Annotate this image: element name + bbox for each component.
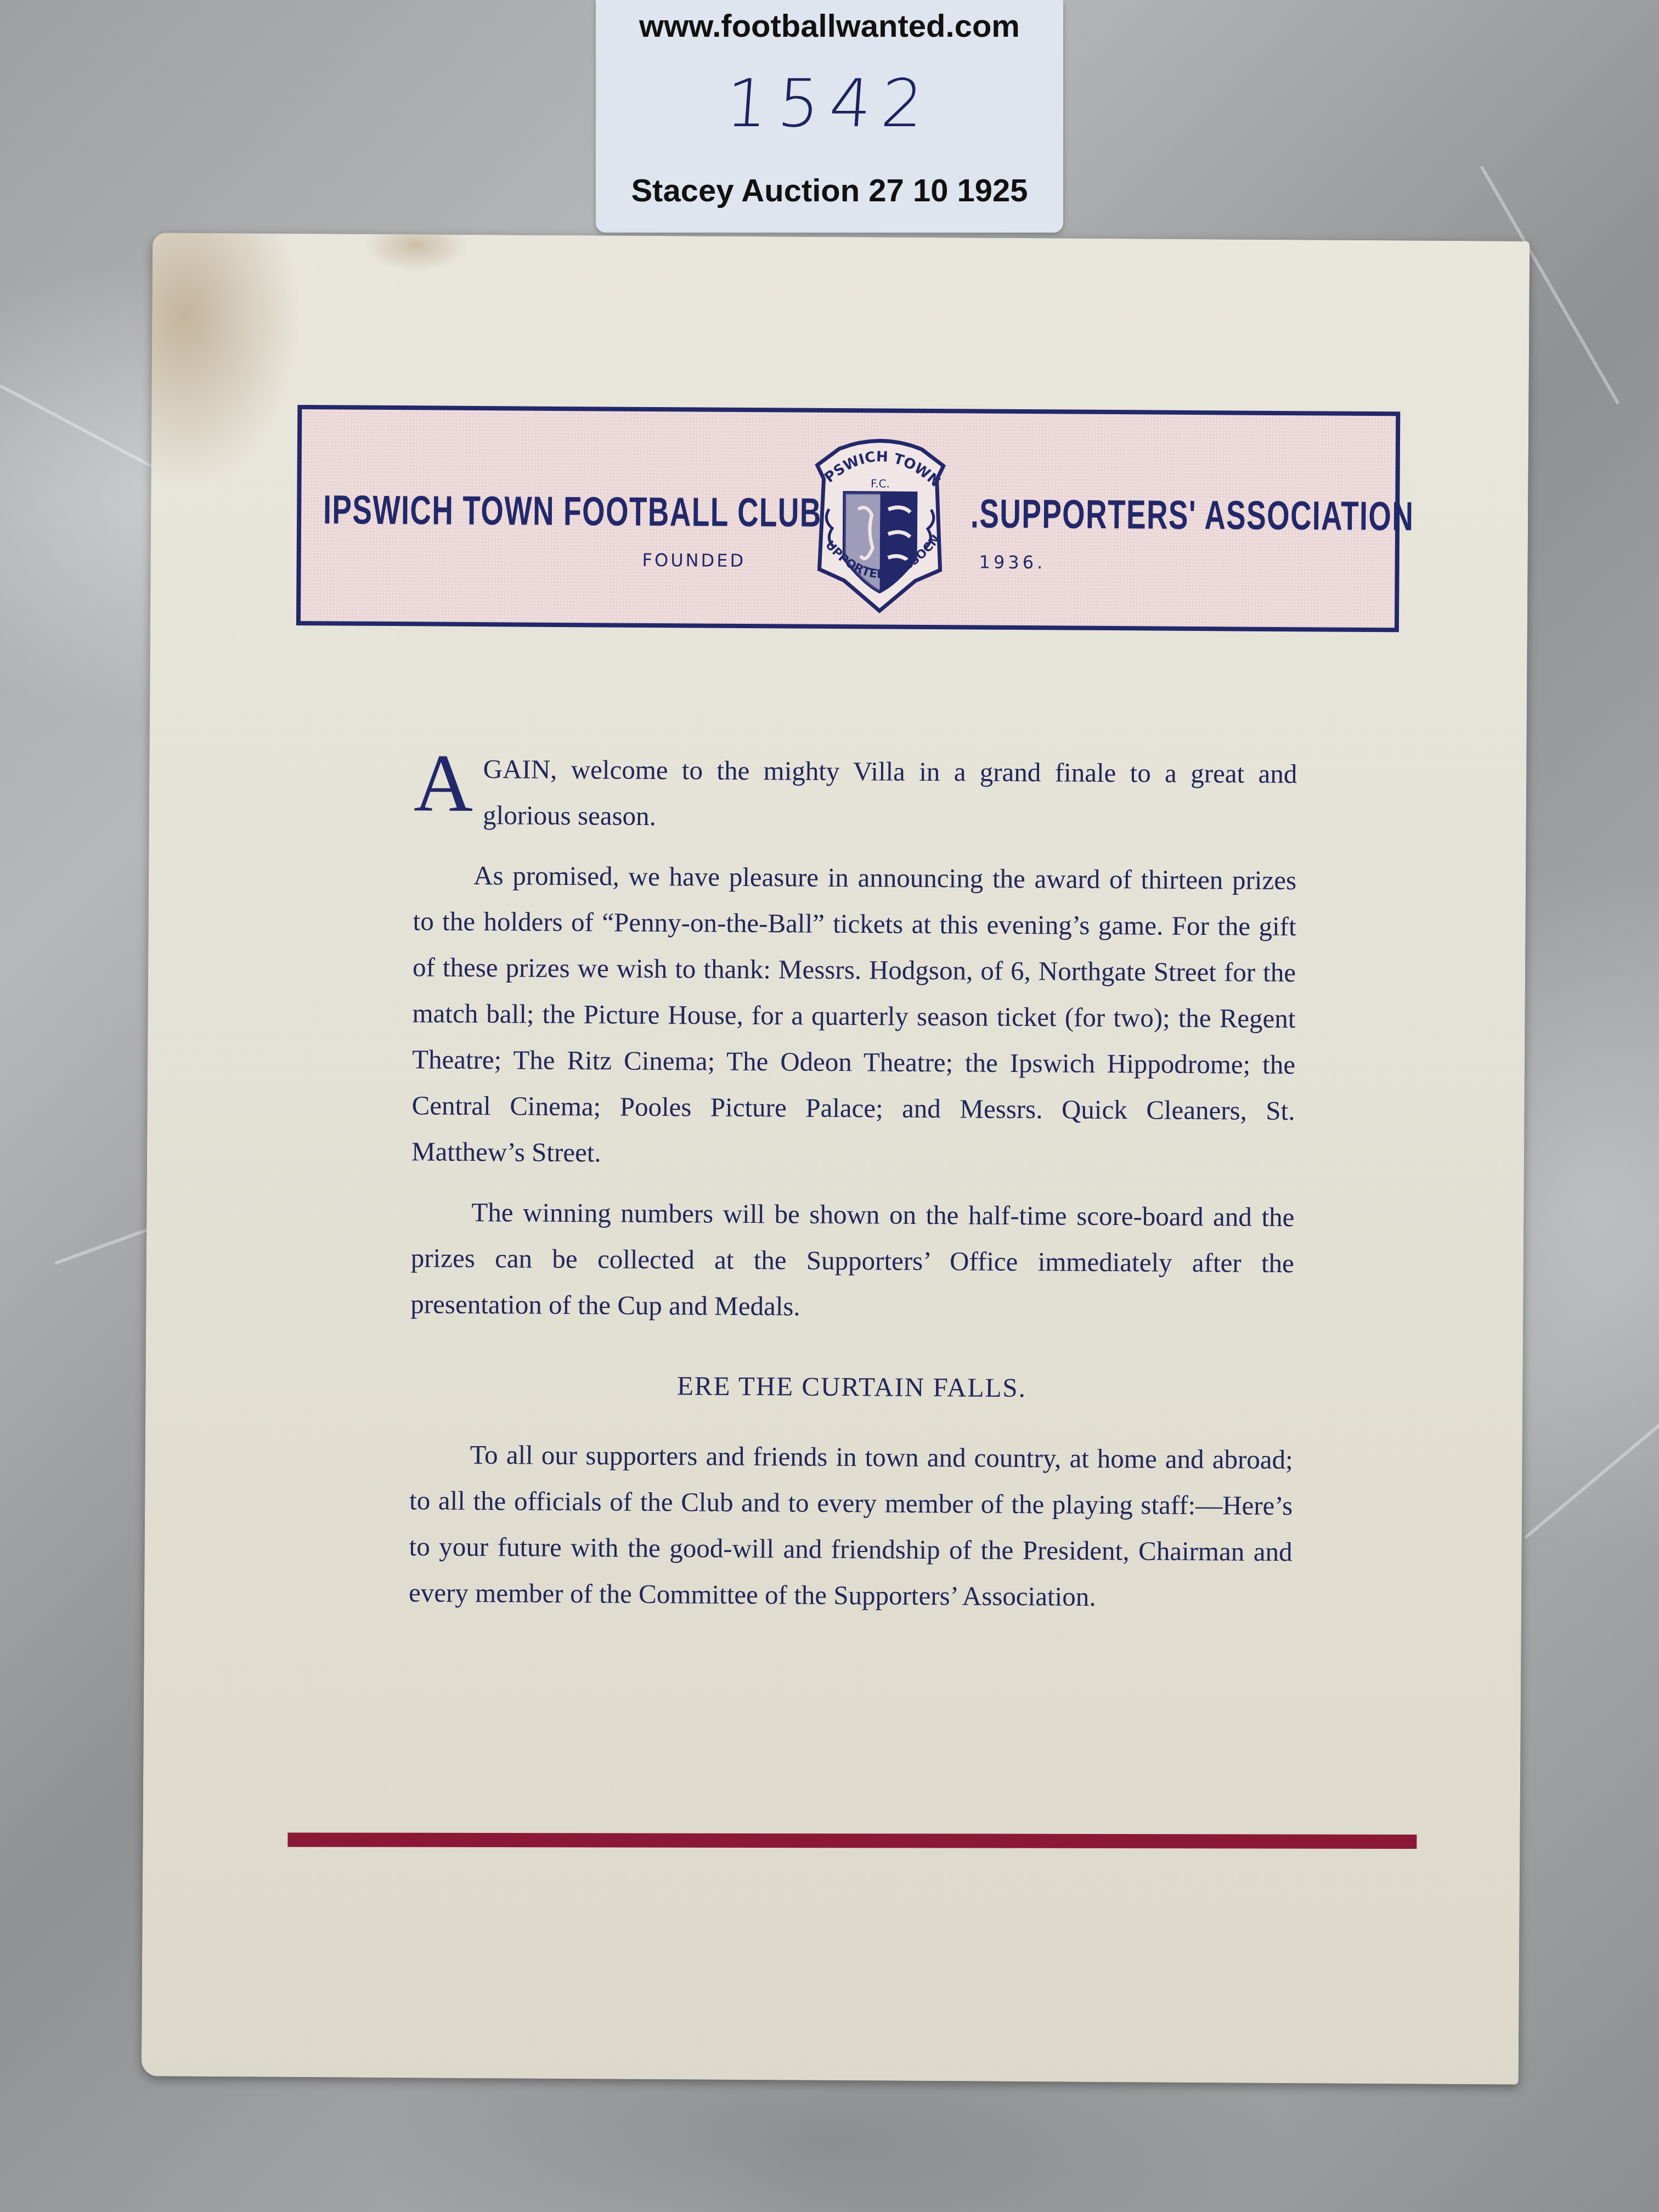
footer-rule <box>287 1832 1417 1849</box>
header-banner: IPSWICH TOWN FOOTBALL CLUB FOUNDED IPSWI… <box>296 405 1400 632</box>
intro-paragraph: AGAIN, welcome to the mighty Villa in a … <box>414 746 1297 843</box>
sticker-auction-date: Stacey Auction 27 10 1925 <box>596 172 1063 209</box>
founded-year: 1936. <box>979 552 1046 573</box>
club-name: IPSWICH TOWN FOOTBALL CLUB <box>323 486 822 536</box>
article-body: AGAIN, welcome to the mighty Villa in a … <box>409 746 1297 1635</box>
sticker-lot-number: 1542 <box>593 66 1066 142</box>
club-crest-icon: IPSWICH TOWN F.C. SUPPORTERS ASSOCN <box>805 432 955 614</box>
auction-sticker: www.footballwanted.com 1542 Stacey Aucti… <box>596 0 1063 233</box>
founded-label: FOUNDED <box>642 550 746 571</box>
svg-text:F.C.: F.C. <box>871 477 890 490</box>
intro-text: GAIN, welcome to the mighty Villa in a g… <box>483 754 1297 831</box>
section-heading: ERE THE CURTAIN FALLS. <box>410 1361 1293 1413</box>
farewell-paragraph: To all our supporters and friends in tow… <box>409 1431 1293 1621</box>
winning-numbers-paragraph: The winning numbers will be shown on the… <box>410 1189 1295 1333</box>
drop-cap: A <box>414 750 473 816</box>
prizes-paragraph: As promised, we have pleasure in announc… <box>411 852 1297 1180</box>
marble-vein <box>1524 1396 1659 1539</box>
association-name: .SUPPORTERS' ASSOCIATION <box>970 490 1414 539</box>
sticker-website: www.footballwanted.com <box>596 8 1063 44</box>
programme-page: IPSWICH TOWN FOOTBALL CLUB FOUNDED IPSWI… <box>142 233 1530 2084</box>
